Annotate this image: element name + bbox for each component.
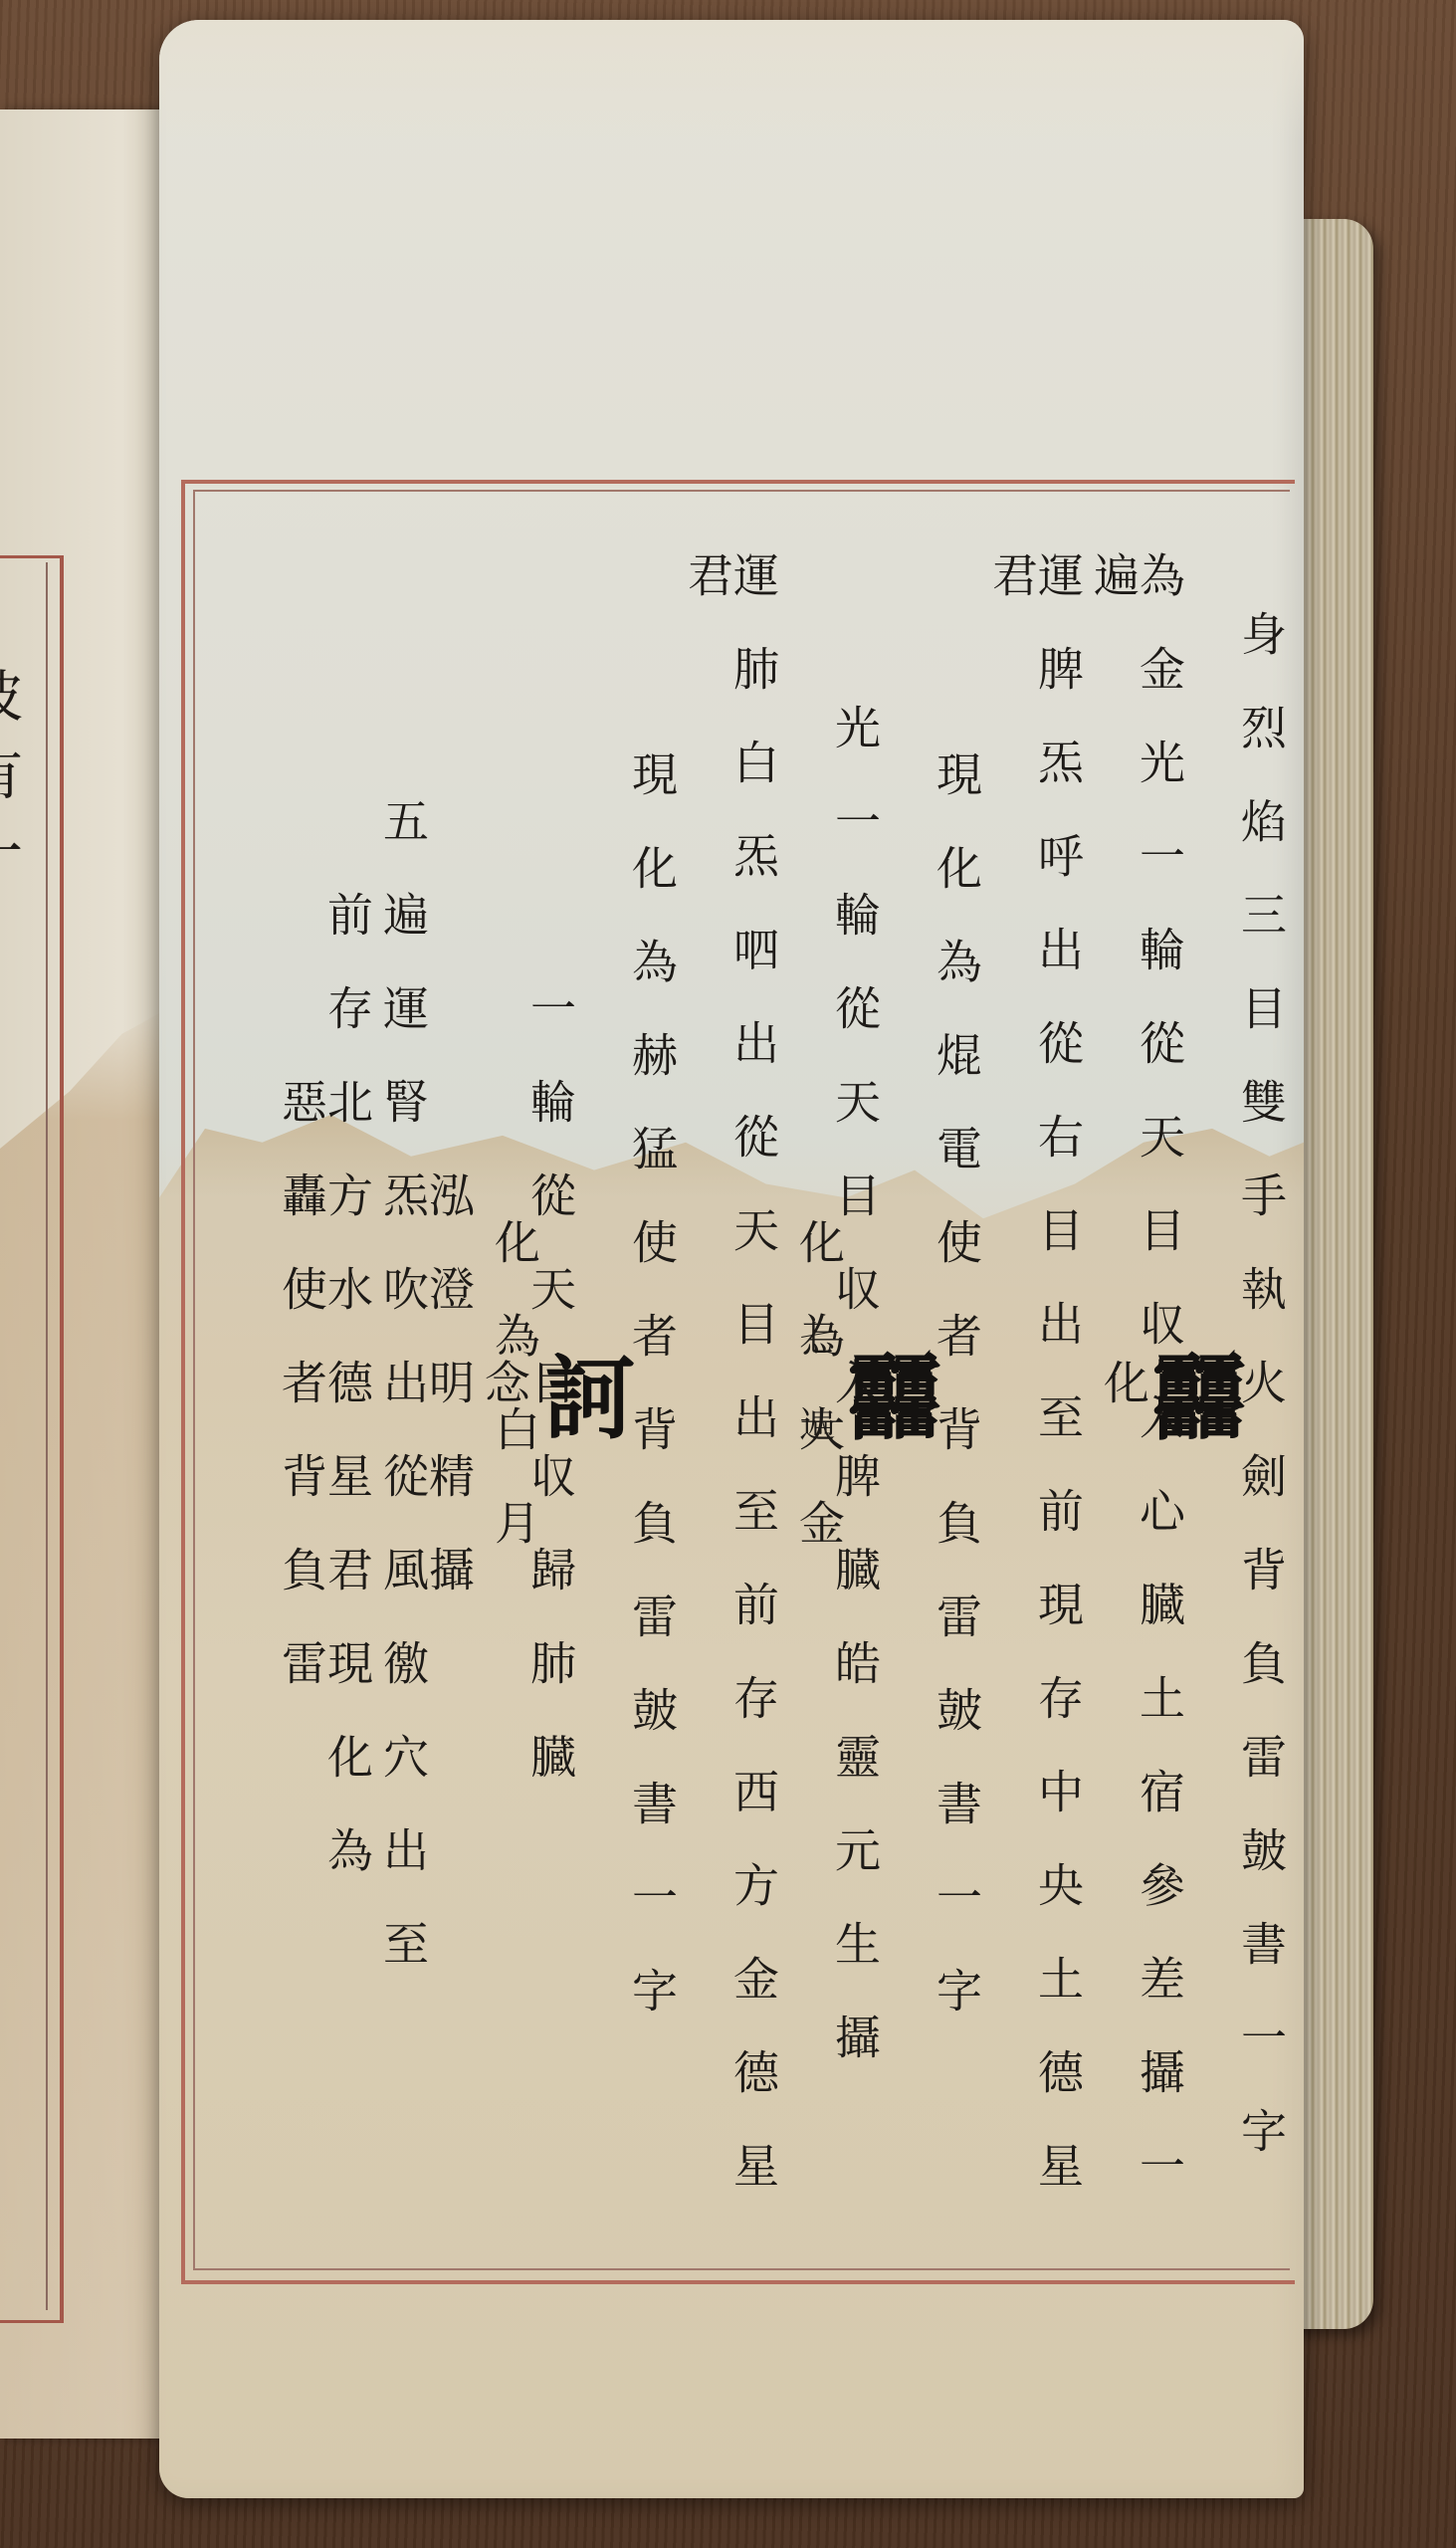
text-segment: 前存北方水德星君現化為 bbox=[324, 891, 370, 1920]
manuscript-page: 身烈焰三目雙手執火劍背負雷皷書一字䨻化為金光一輪從天目収入心臓土宿參差攝一遍運脾… bbox=[159, 20, 1304, 2498]
text-segment: 運肺白炁呬出從天目出至前存西方金德星君 bbox=[685, 551, 776, 2259]
text-segment: 運脾炁呼出從右目出至前現存中央土德星君 bbox=[989, 551, 1081, 2259]
text-column: 身烈焰三目雙手執火劍背負雷皷書一字䨻化 bbox=[1182, 508, 1284, 2259]
text-segment: 化為白月 bbox=[492, 1218, 537, 1592]
text-segment: 泓澄明精攝 bbox=[426, 1171, 472, 1639]
talisman-character: 䨻 bbox=[842, 1350, 934, 1441]
text-column: 運脾炁呼出從右目出至前現存中央土德星君 bbox=[979, 508, 1081, 2259]
text-segment: 五遍運腎炁吹出從風徼穴出至 bbox=[380, 797, 426, 2014]
text-segment: 惡轟使者背負雷 bbox=[279, 1078, 324, 1733]
text-column: 運肺白炁呬出從天目出至前存西方金德星君 bbox=[675, 508, 776, 2259]
text-column: 泓澄明精攝五遍運腎炁吹出從風徼穴出至 bbox=[370, 508, 472, 2259]
text-body: 身烈焰三目雙手執火劍背負雷皷書一字䨻化為金光一輪從天目収入心臓土宿參差攝一遍運脾… bbox=[199, 508, 1284, 2259]
talisman-character: 䨻 bbox=[1146, 1350, 1238, 1441]
text-column: 前存北方水德星君現化為惡轟使者背負雷 bbox=[269, 508, 370, 2259]
left-char: 一 bbox=[0, 822, 23, 900]
text-column: 現化為焜電使者背負雷皷書一字䨻化為大金 bbox=[878, 508, 979, 2259]
left-char: 有 bbox=[0, 744, 23, 822]
talisman-character: 訶 bbox=[537, 1350, 629, 1441]
left-page: 波有一上 bbox=[0, 109, 174, 2439]
text-segment: 化為大金 bbox=[796, 1218, 842, 1592]
text-segment: 化 bbox=[1101, 1359, 1146, 1452]
left-page-partial-column: 波有一上 bbox=[0, 667, 30, 965]
left-char: 波 bbox=[0, 667, 23, 744]
text-column: 現化為赫猛使者背負雷皷書一字訶化為白月 bbox=[573, 508, 675, 2259]
paper-tone bbox=[159, 20, 1304, 139]
